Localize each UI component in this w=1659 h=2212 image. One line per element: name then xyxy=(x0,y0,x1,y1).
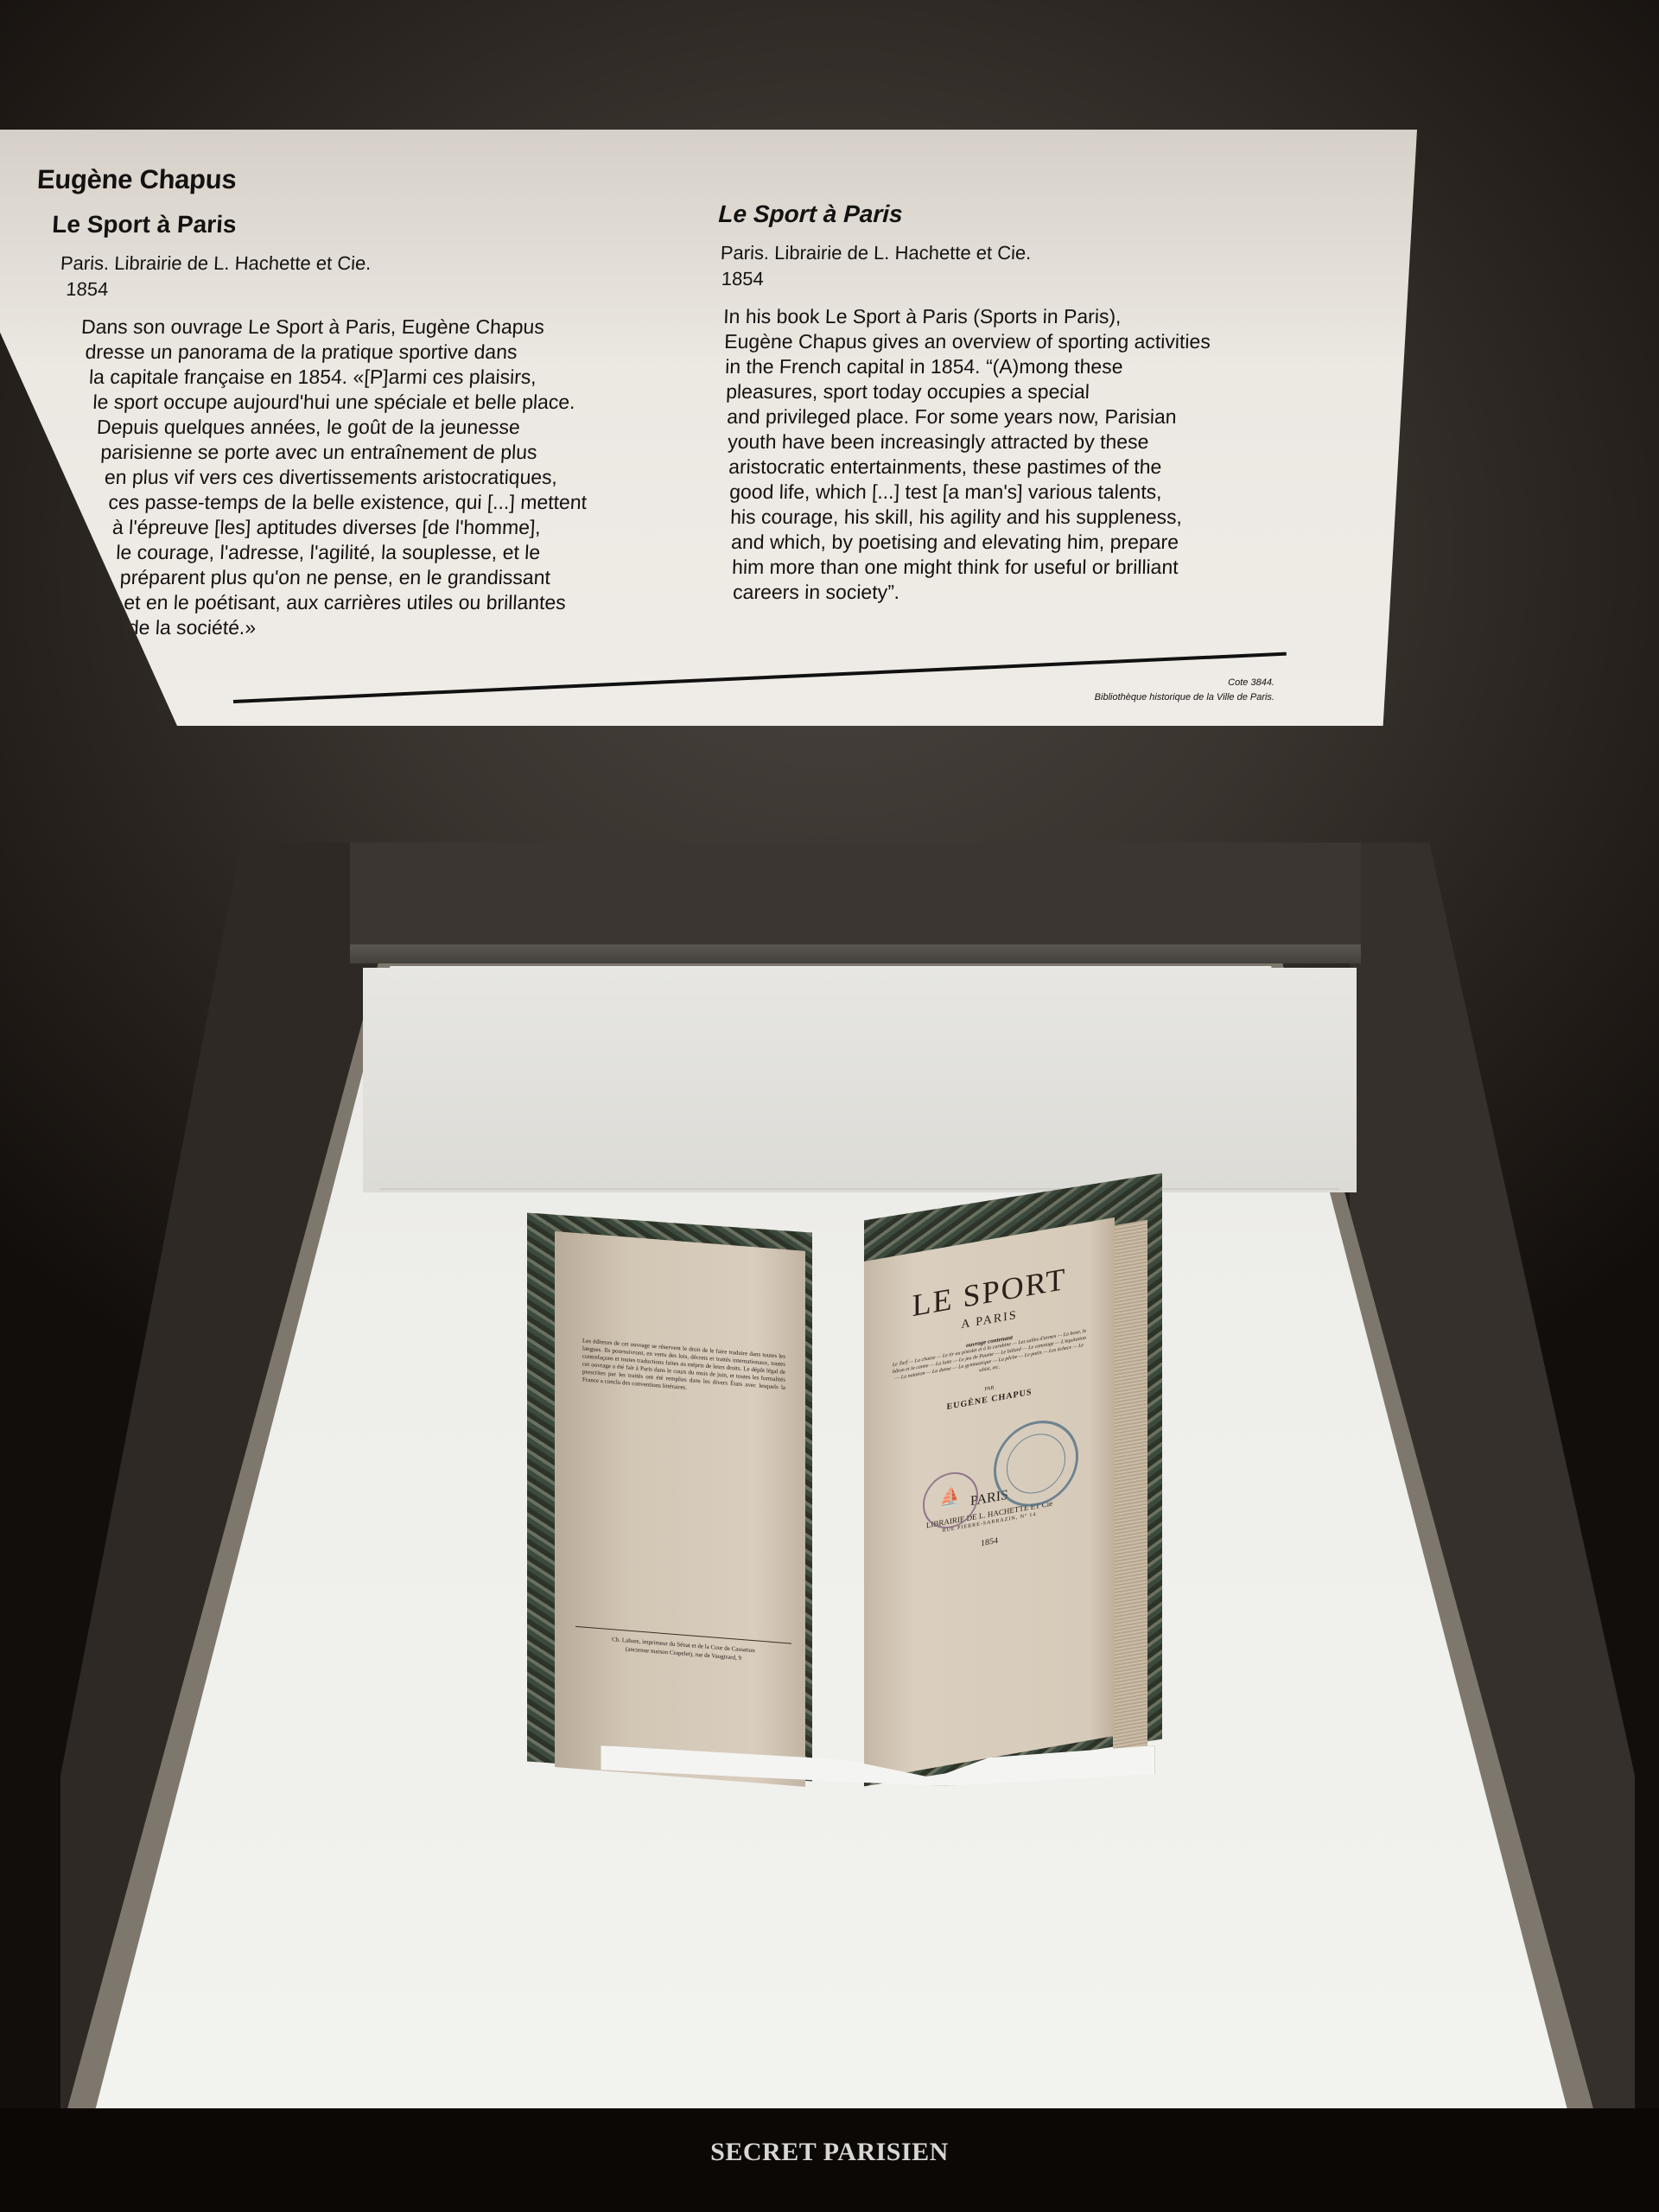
text-line: le courage, l'adresse, l'agilité, la sou… xyxy=(116,540,707,565)
text-line: et en le poétisant, aux carrières utiles… xyxy=(124,590,704,615)
label-year-en: 1854 xyxy=(721,268,1356,290)
label-credit: Cote 3844. Bibliothèque historique de la… xyxy=(1095,676,1274,705)
label-title-en: Le Sport à Paris xyxy=(718,200,1358,228)
text-line: de la société.» xyxy=(127,615,702,640)
open-book: Les éditeurs de cet ouvrage se réservent… xyxy=(518,1197,1175,1802)
text-line: youth have been increasingly attracted b… xyxy=(728,429,1351,454)
case-shelf-edge xyxy=(380,1188,1339,1190)
label-year-fr: 1854 xyxy=(66,278,720,301)
text-line: Depuis quelques années, le goût de la je… xyxy=(96,415,713,440)
label-institution: Bibliothèque historique de la Ville de P… xyxy=(1095,690,1274,705)
text-line: dresse un panorama de la pratique sporti… xyxy=(85,340,717,365)
copyright-notice: Les éditeurs de cet ouvrage se réservent… xyxy=(582,1338,785,1400)
case-top-rail xyxy=(350,842,1361,946)
book-left-page: Les éditeurs de cet ouvrage se réservent… xyxy=(555,1231,805,1787)
case-top-lip xyxy=(350,944,1361,963)
label-publisher-fr: Paris. Librairie de L. Hachette et Cie. xyxy=(60,252,721,275)
label-english-column: Le Sport à Paris Paris. Librairie de L. … xyxy=(705,200,1358,605)
book-title-page: LE SPORT A PARIS ouvrage contenant Le Tu… xyxy=(864,1217,1115,1780)
case-back-wall xyxy=(363,968,1357,1192)
text-line: le sport occupe aujourd'hui une spéciale… xyxy=(92,390,715,415)
label-french-column: Eugène Chapus Le Sport à Paris Paris. Li… xyxy=(10,164,726,640)
text-line: good life, which [...] test [a man's] va… xyxy=(729,480,1349,505)
text-line: parisienne se porte avec un entraînement… xyxy=(100,440,712,465)
text-line: la capitale française en 1854. «[P]armi … xyxy=(88,365,715,390)
text-line: Dans son ouvrage Le Sport à Paris, Eugèn… xyxy=(80,315,718,340)
text-line: en plus vif vers ces divertissements ari… xyxy=(104,465,710,490)
text-line: careers in society”. xyxy=(733,580,1345,605)
text-line: Eugène Chapus gives an overview of sport… xyxy=(724,329,1354,354)
label-cote: Cote 3844. xyxy=(1095,676,1274,690)
text-line: and privileged place. For some years now… xyxy=(727,404,1351,429)
text-line: ces passe-temps de la belle existence, q… xyxy=(108,490,709,515)
label-publisher-en: Paris. Librairie de L. Hachette et Cie. xyxy=(720,242,1357,264)
exhibit-label: Eugène Chapus Le Sport à Paris Paris. Li… xyxy=(0,130,1417,726)
label-author: Eugène Chapus xyxy=(36,164,726,195)
text-line: à l'épreuve [les] aptitudes diverses [de… xyxy=(111,515,708,540)
book-page-edges xyxy=(1113,1219,1147,1752)
text-line: and which, by poetising and elevating hi… xyxy=(731,530,1347,555)
text-line: pleasures, sport today occupies a specia… xyxy=(726,379,1352,404)
label-body-en: In his book Le Sport à Paris (Sports in … xyxy=(705,304,1355,605)
text-line: in the French capital in 1854. “(A)mong … xyxy=(725,354,1353,379)
text-line: his courage, his skill, his agility and … xyxy=(730,505,1348,530)
watermark: SECRET PARISIEN xyxy=(0,2138,1659,2167)
text-line: préparent plus qu'on ne pense, en le gra… xyxy=(119,565,705,590)
printer-imprint: Ch. Lahure, imprimeur du Sénat et de la … xyxy=(575,1626,791,1667)
label-title-fr: Le Sport à Paris xyxy=(51,211,723,238)
text-line: In his book Le Sport à Paris (Sports in … xyxy=(723,304,1355,329)
text-line: him more than one might think for useful… xyxy=(732,555,1346,580)
museum-scene: Eugène Chapus Le Sport à Paris Paris. Li… xyxy=(0,0,1659,2212)
text-line: aristocratic entertainments, these pasti… xyxy=(728,454,1350,480)
